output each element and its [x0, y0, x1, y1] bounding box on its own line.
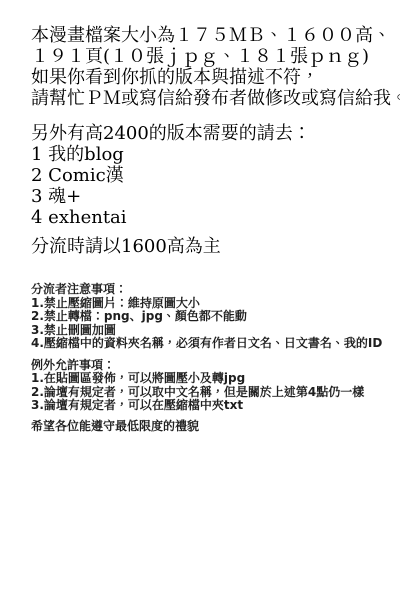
alt-version-section: 另外有高2400的版本需要的請去： 1 我的blog 2 Comic漢 3 魂+… — [31, 123, 392, 228]
primary-note: 分流時請以1600高為主 — [31, 236, 392, 257]
mirror-rule-item: 2.禁止轉檔：png、jpg、顏色都不能動 — [31, 310, 392, 324]
intro-line: 如果你看到你抓的版本與描述不符， — [31, 67, 392, 88]
mirror-rules-heading: 分流者注意事項： — [31, 283, 392, 297]
exception-item: 2.論壇有規定者，可以取中文名稱，但是關於上述第4點仍一樣 — [31, 386, 392, 400]
exceptions-heading: 例外允許事項： — [31, 359, 392, 373]
mirror-rule-item: 1.禁止壓縮圖片：維持原圖大小 — [31, 297, 392, 311]
alt-version-item: 3 魂+ — [31, 186, 392, 207]
alt-version-item: 1 我的blog — [31, 144, 392, 165]
document-page: 本漫畫檔案大小為１７５ＭＢ、１６００高、 １９１頁(１０張ｊｐｇ、１８１張ｐｎｇ… — [0, 0, 400, 594]
alt-version-heading: 另外有高2400的版本需要的請去： — [31, 123, 392, 144]
exceptions-section: 例外允許事項： 1.在貼圖區發佈，可以將圖壓小及轉jpg 2.論壇有規定者，可以… — [31, 359, 392, 413]
closing-note: 希望各位能遵守最低限度的禮貌 — [31, 420, 392, 434]
intro-line: 請幫忙ＰＭ或寫信給發布者做修改或寫信給我。 — [31, 88, 392, 109]
intro-line: １９１頁(１０張ｊｐｇ、１８１張ｐｎｇ) — [31, 46, 392, 67]
intro-section: 本漫畫檔案大小為１７５ＭＢ、１６００高、 １９１頁(１０張ｊｐｇ、１８１張ｐｎｇ… — [31, 25, 392, 109]
intro-line: 本漫畫檔案大小為１７５ＭＢ、１６００高、 — [31, 25, 392, 46]
alt-version-item: 4 exhentai — [31, 207, 392, 228]
exception-item: 1.在貼圖區發佈，可以將圖壓小及轉jpg — [31, 372, 392, 386]
mirror-rule-item: 3.禁止刪圖加圖 — [31, 324, 392, 338]
mirror-rule-item: 4.壓縮檔中的資料夾名稱，必須有作者日文名、日文書名、我的ID — [31, 337, 392, 351]
exception-item: 3.論壇有規定者，可以在壓縮檔中夾txt — [31, 399, 392, 413]
mirror-rules-section: 分流者注意事項： 1.禁止壓縮圖片：維持原圖大小 2.禁止轉檔：png、jpg、… — [31, 283, 392, 351]
alt-version-item: 2 Comic漢 — [31, 165, 392, 186]
